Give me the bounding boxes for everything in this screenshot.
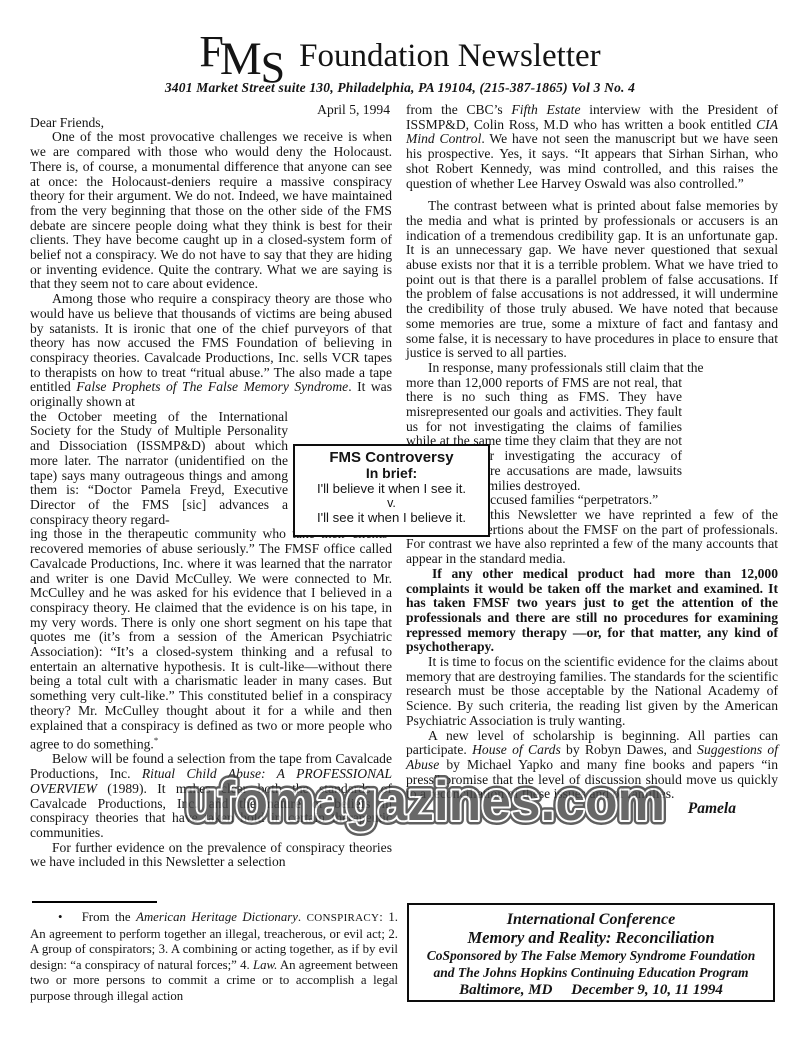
conference-box: International Conference Memory and Real…: [407, 903, 775, 1002]
paragraph: In response, many professionals still cl…: [406, 361, 778, 376]
footnote-text: • From the American Heritage Dictionary.…: [30, 910, 398, 1005]
conference-sponsor-1: CoSponsored by The False Memory Syndrome…: [409, 947, 773, 964]
paragraph: One of the most provocative challenges w…: [30, 130, 392, 292]
controversy-quote-2: I'll see it when I believe it.: [295, 510, 488, 526]
conference-sponsor-2: and The Johns Hopkins Continuing Educati…: [409, 964, 773, 981]
controversy-subtitle: In brief:: [295, 466, 488, 481]
paragraph: It is time to focus on the scientific ev…: [406, 655, 778, 729]
paragraph: A new level of scholarship is beginning.…: [406, 729, 778, 803]
conference-theme: Memory and Reality: Reconciliation: [409, 929, 773, 947]
paragraph: The contrast between what is printed abo…: [406, 199, 778, 361]
footnote-divider: [32, 901, 157, 903]
footnote: • From the American Heritage Dictionary.…: [30, 901, 398, 1005]
newsletter-page: FMSFoundation Newsletter 3401 Market Str…: [0, 0, 800, 1050]
conference-location-date: Baltimore, MD December 9, 10, 11 1994: [409, 981, 773, 999]
fms-controversy-box: FMS Controversy In brief: I'll believe i…: [293, 444, 490, 537]
paragraph-wrap-segment: the October meeting of the International…: [30, 410, 288, 528]
signature: Pamela: [406, 802, 778, 817]
fms-logo-letter-m: M: [220, 33, 262, 85]
paragraph: Below will be found a selection from the…: [30, 752, 392, 840]
controversy-quote-1: I'll believe it when I see it.: [295, 481, 488, 497]
masthead-title: FMSFoundation Newsletter: [0, 24, 800, 78]
masthead-address-line: 3401 Market Street suite 130, Philadelph…: [0, 80, 800, 96]
paragraph: ing those in the therapeutic community w…: [30, 527, 392, 752]
salutation: Dear Friends,: [30, 116, 392, 131]
paragraph: Among those who require a conspiracy the…: [30, 292, 392, 410]
conference-title: International Conference: [409, 911, 773, 929]
paragraph: from the CBC’s Fifth Estate interview wi…: [406, 103, 778, 191]
masthead-title-text: Foundation Newsletter: [299, 38, 601, 74]
paragraph-bold: If any other medical product had more th…: [406, 567, 778, 655]
paragraph: For further evidence on the prevalence o…: [30, 841, 392, 870]
controversy-versus: v.: [295, 497, 488, 510]
controversy-title: FMS Controversy: [295, 450, 488, 466]
